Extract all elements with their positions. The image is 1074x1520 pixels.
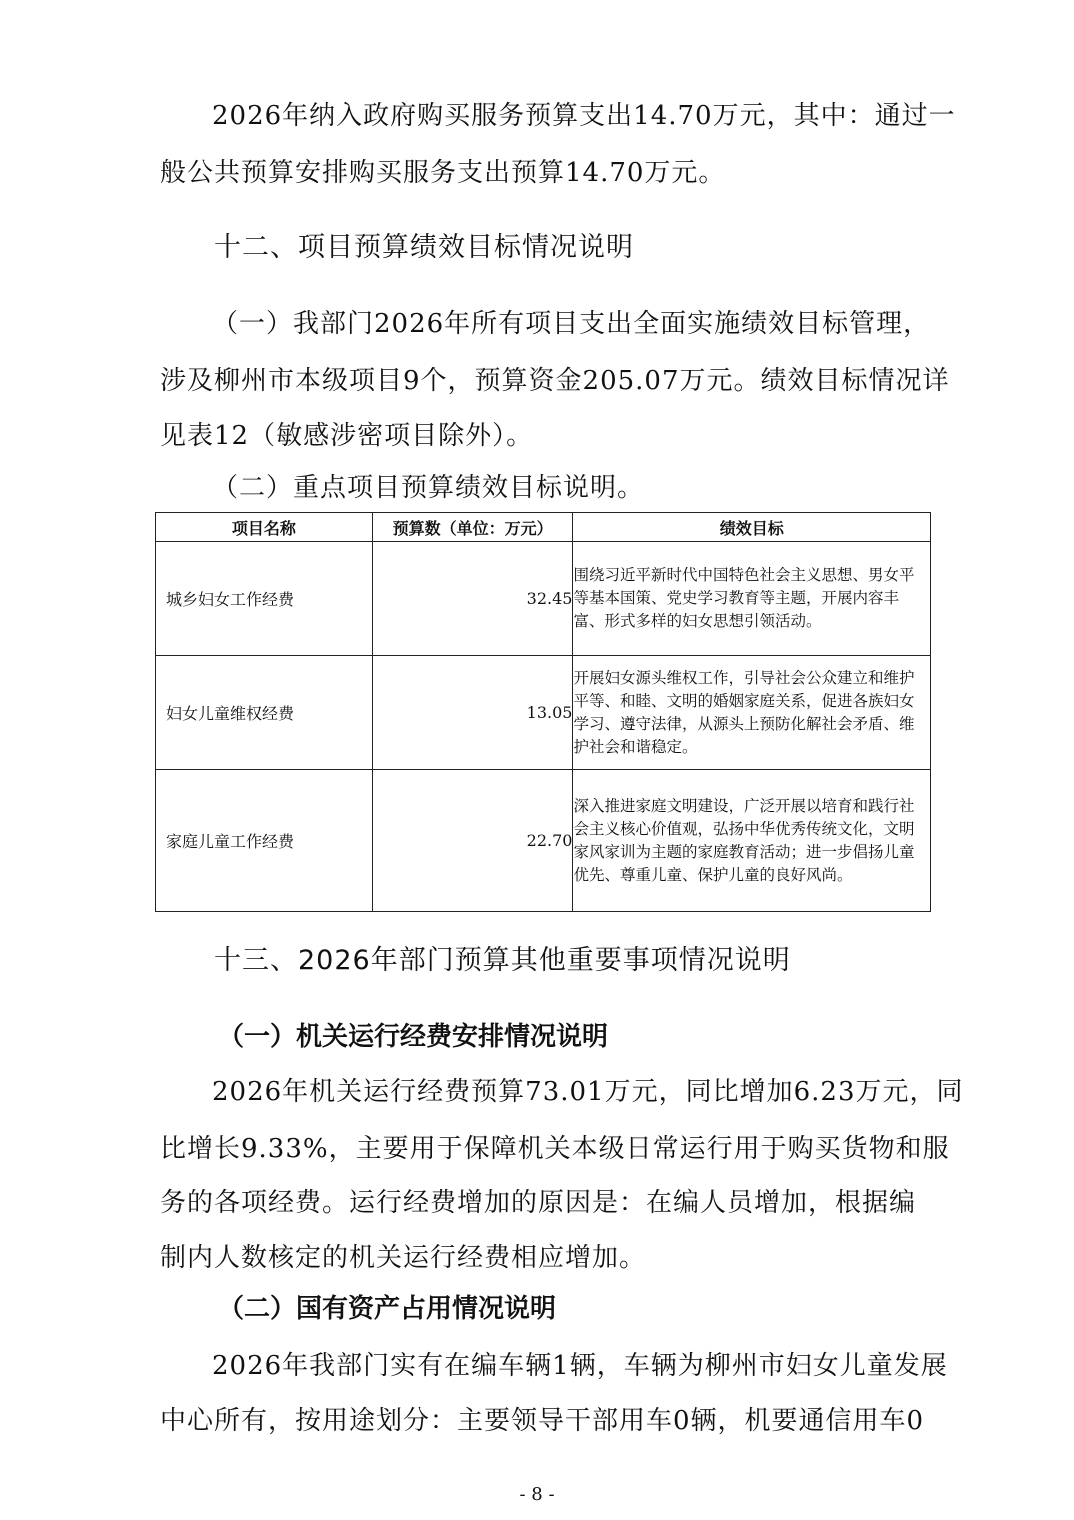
section-heading-13: 十三、2026年部门预算其他重要事项情况说明 [214,944,791,978]
paragraph-line: 比增长9.33%，主要用于保障机关本级日常运行用于购买货物和服 [160,1133,950,1165]
section-heading-12: 十二、项目预算绩效目标情况说明 [214,231,634,265]
page-number: - 8 - [0,1484,1074,1505]
goal-cell: 开展妇女源头维权工作，引导社会公众建立和维护平等、和睦、文明的婚姻家庭关系，促进… [573,656,931,770]
budget-cell: 32.45 [372,542,573,656]
paragraph-line: 中心所有，按用途划分：主要领导干部用车0辆，机要通信用车0 [160,1405,924,1437]
paragraph-line: 务的各项经费。运行经费增加的原因是：在编人员增加，根据编 [160,1187,916,1219]
budget-cell: 22.70 [372,770,573,912]
table-header-row: 项目名称 预算数（单位：万元） 绩效目标 [156,513,931,542]
paragraph-line: （一）我部门2026年所有项目支出全面实施绩效目标管理， [212,308,930,340]
project-name-cell: 妇女儿童维权经费 [156,656,373,770]
table-row: 妇女儿童维权经费 13.05 开展妇女源头维权工作，引导社会公众建立和维护平等、… [156,656,931,770]
performance-goals-table: 项目名称 预算数（单位：万元） 绩效目标 城乡妇女工作经费 32.45 围绕习近… [155,512,931,912]
paragraph-line: 般公共预算安排购买服务支出预算14.70万元。 [160,157,725,189]
column-header-project-name: 项目名称 [156,513,373,542]
budget-cell: 13.05 [372,656,573,770]
subheading-operating-costs: （一）机关运行经费安排情况说明 [218,1020,608,1054]
goal-cell: 围绕习近平新时代中国特色社会主义思想、男女平等基本国策、党史学习教育等主题，开展… [573,542,931,656]
paragraph-line: 2026年机关运行经费预算73.01万元，同比增加6.23万元，同 [212,1076,964,1108]
paragraph-line: （二）重点项目预算绩效目标说明。 [212,472,644,504]
subheading-state-assets: （二）国有资产占用情况说明 [218,1292,556,1326]
paragraph-line: 2026年纳入政府购买服务预算支出14.70万元，其中：通过一 [212,100,956,132]
paragraph-line: 见表12（敏感涉密项目除外）。 [160,420,533,452]
paragraph-line: 制内人数核定的机关运行经费相应增加。 [160,1242,646,1274]
goal-cell: 深入推进家庭文明建设，广泛开展以培育和践行社会主义核心价值观，弘扬中华优秀传统文… [573,770,931,912]
column-header-budget: 预算数（单位：万元） [372,513,573,542]
paragraph-line: 2026年我部门实有在编车辆1辆，车辆为柳州市妇女儿童发展 [212,1350,948,1382]
table-row: 家庭儿童工作经费 22.70 深入推进家庭文明建设，广泛开展以培育和践行社会主义… [156,770,931,912]
column-header-goal: 绩效目标 [573,513,931,542]
paragraph-line: 涉及柳州市本级项目9个，预算资金205.07万元。绩效目标情况详 [160,365,950,397]
project-name-cell: 城乡妇女工作经费 [156,542,373,656]
project-name-cell: 家庭儿童工作经费 [156,770,373,912]
table-row: 城乡妇女工作经费 32.45 围绕习近平新时代中国特色社会主义思想、男女平等基本… [156,542,931,656]
